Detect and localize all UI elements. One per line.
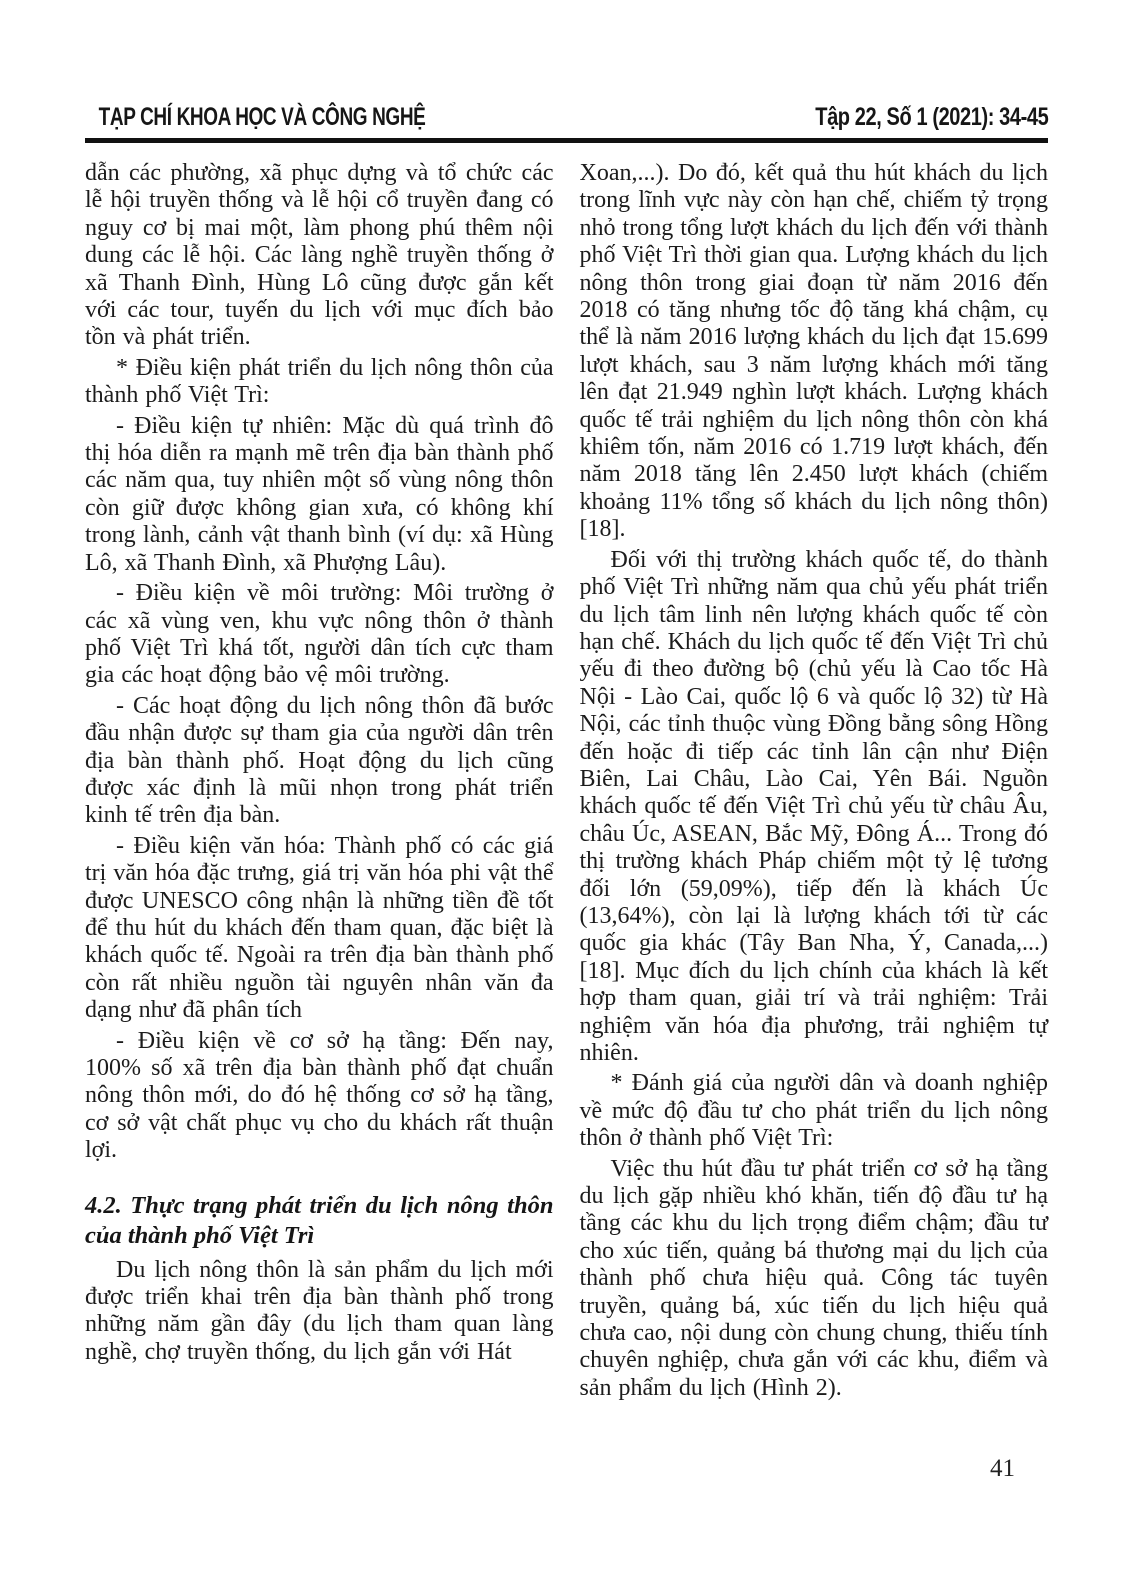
paragraph: Đối với thị trường khách quốc tế, do thà… [580, 547, 1049, 1068]
paragraph: Xoan,...). Do đó, kết quả thu hút khách … [580, 160, 1049, 544]
paragraph: * Điều kiện phát triển du lịch nông thôn… [85, 355, 554, 410]
running-head: TẠP CHÍ KHOA HỌC VÀ CÔNG NGHỆ Tập 22, Số… [85, 0, 1048, 138]
right-column: Xoan,...). Do đó, kết quả thu hút khách … [580, 160, 1049, 1405]
paragraph: - Điều kiện về cơ sở hạ tầng: Đến nay, 1… [85, 1028, 554, 1165]
journal-title: TẠP CHÍ KHOA HỌC VÀ CÔNG NGHỆ [85, 103, 425, 132]
header-divider [85, 138, 1048, 143]
section-heading-4-2: 4.2. Thực trạng phát triển du lịch nông … [85, 1191, 554, 1251]
page-content: TẠP CHÍ KHOA HỌC VÀ CÔNG NGHỆ Tập 22, Số… [85, 0, 1048, 1405]
paragraph: - Các hoạt động du lịch nông thôn đã bướ… [85, 693, 554, 830]
paragraph: - Điều kiện tự nhiên: Mặc dù quá trình đ… [85, 413, 554, 577]
page-number: 41 [990, 1455, 1015, 1483]
issue-info: Tập 22, Số 1 (2021): 34-45 [815, 103, 1048, 132]
paragraph: - Điều kiện về môi trường: Môi trường ở … [85, 580, 554, 690]
two-column-body: dẫn các phường, xã phục dựng và tổ chức … [85, 160, 1048, 1405]
paragraph: Du lịch nông thôn là sản phẩm du lịch mớ… [85, 1257, 554, 1367]
paragraph: dẫn các phường, xã phục dựng và tổ chức … [85, 160, 554, 352]
paragraph: - Điều kiện văn hóa: Thành phố có các gi… [85, 833, 554, 1025]
left-column: dẫn các phường, xã phục dựng và tổ chức … [85, 160, 554, 1405]
paragraph: * Đánh giá của người dân và doanh nghiệp… [580, 1070, 1049, 1152]
journal-page: TẠP CHÍ KHOA HỌC VÀ CÔNG NGHỆ Tập 22, Số… [0, 0, 1133, 1588]
paragraph: Việc thu hút đầu tư phát triển cơ sở hạ … [580, 1156, 1049, 1403]
